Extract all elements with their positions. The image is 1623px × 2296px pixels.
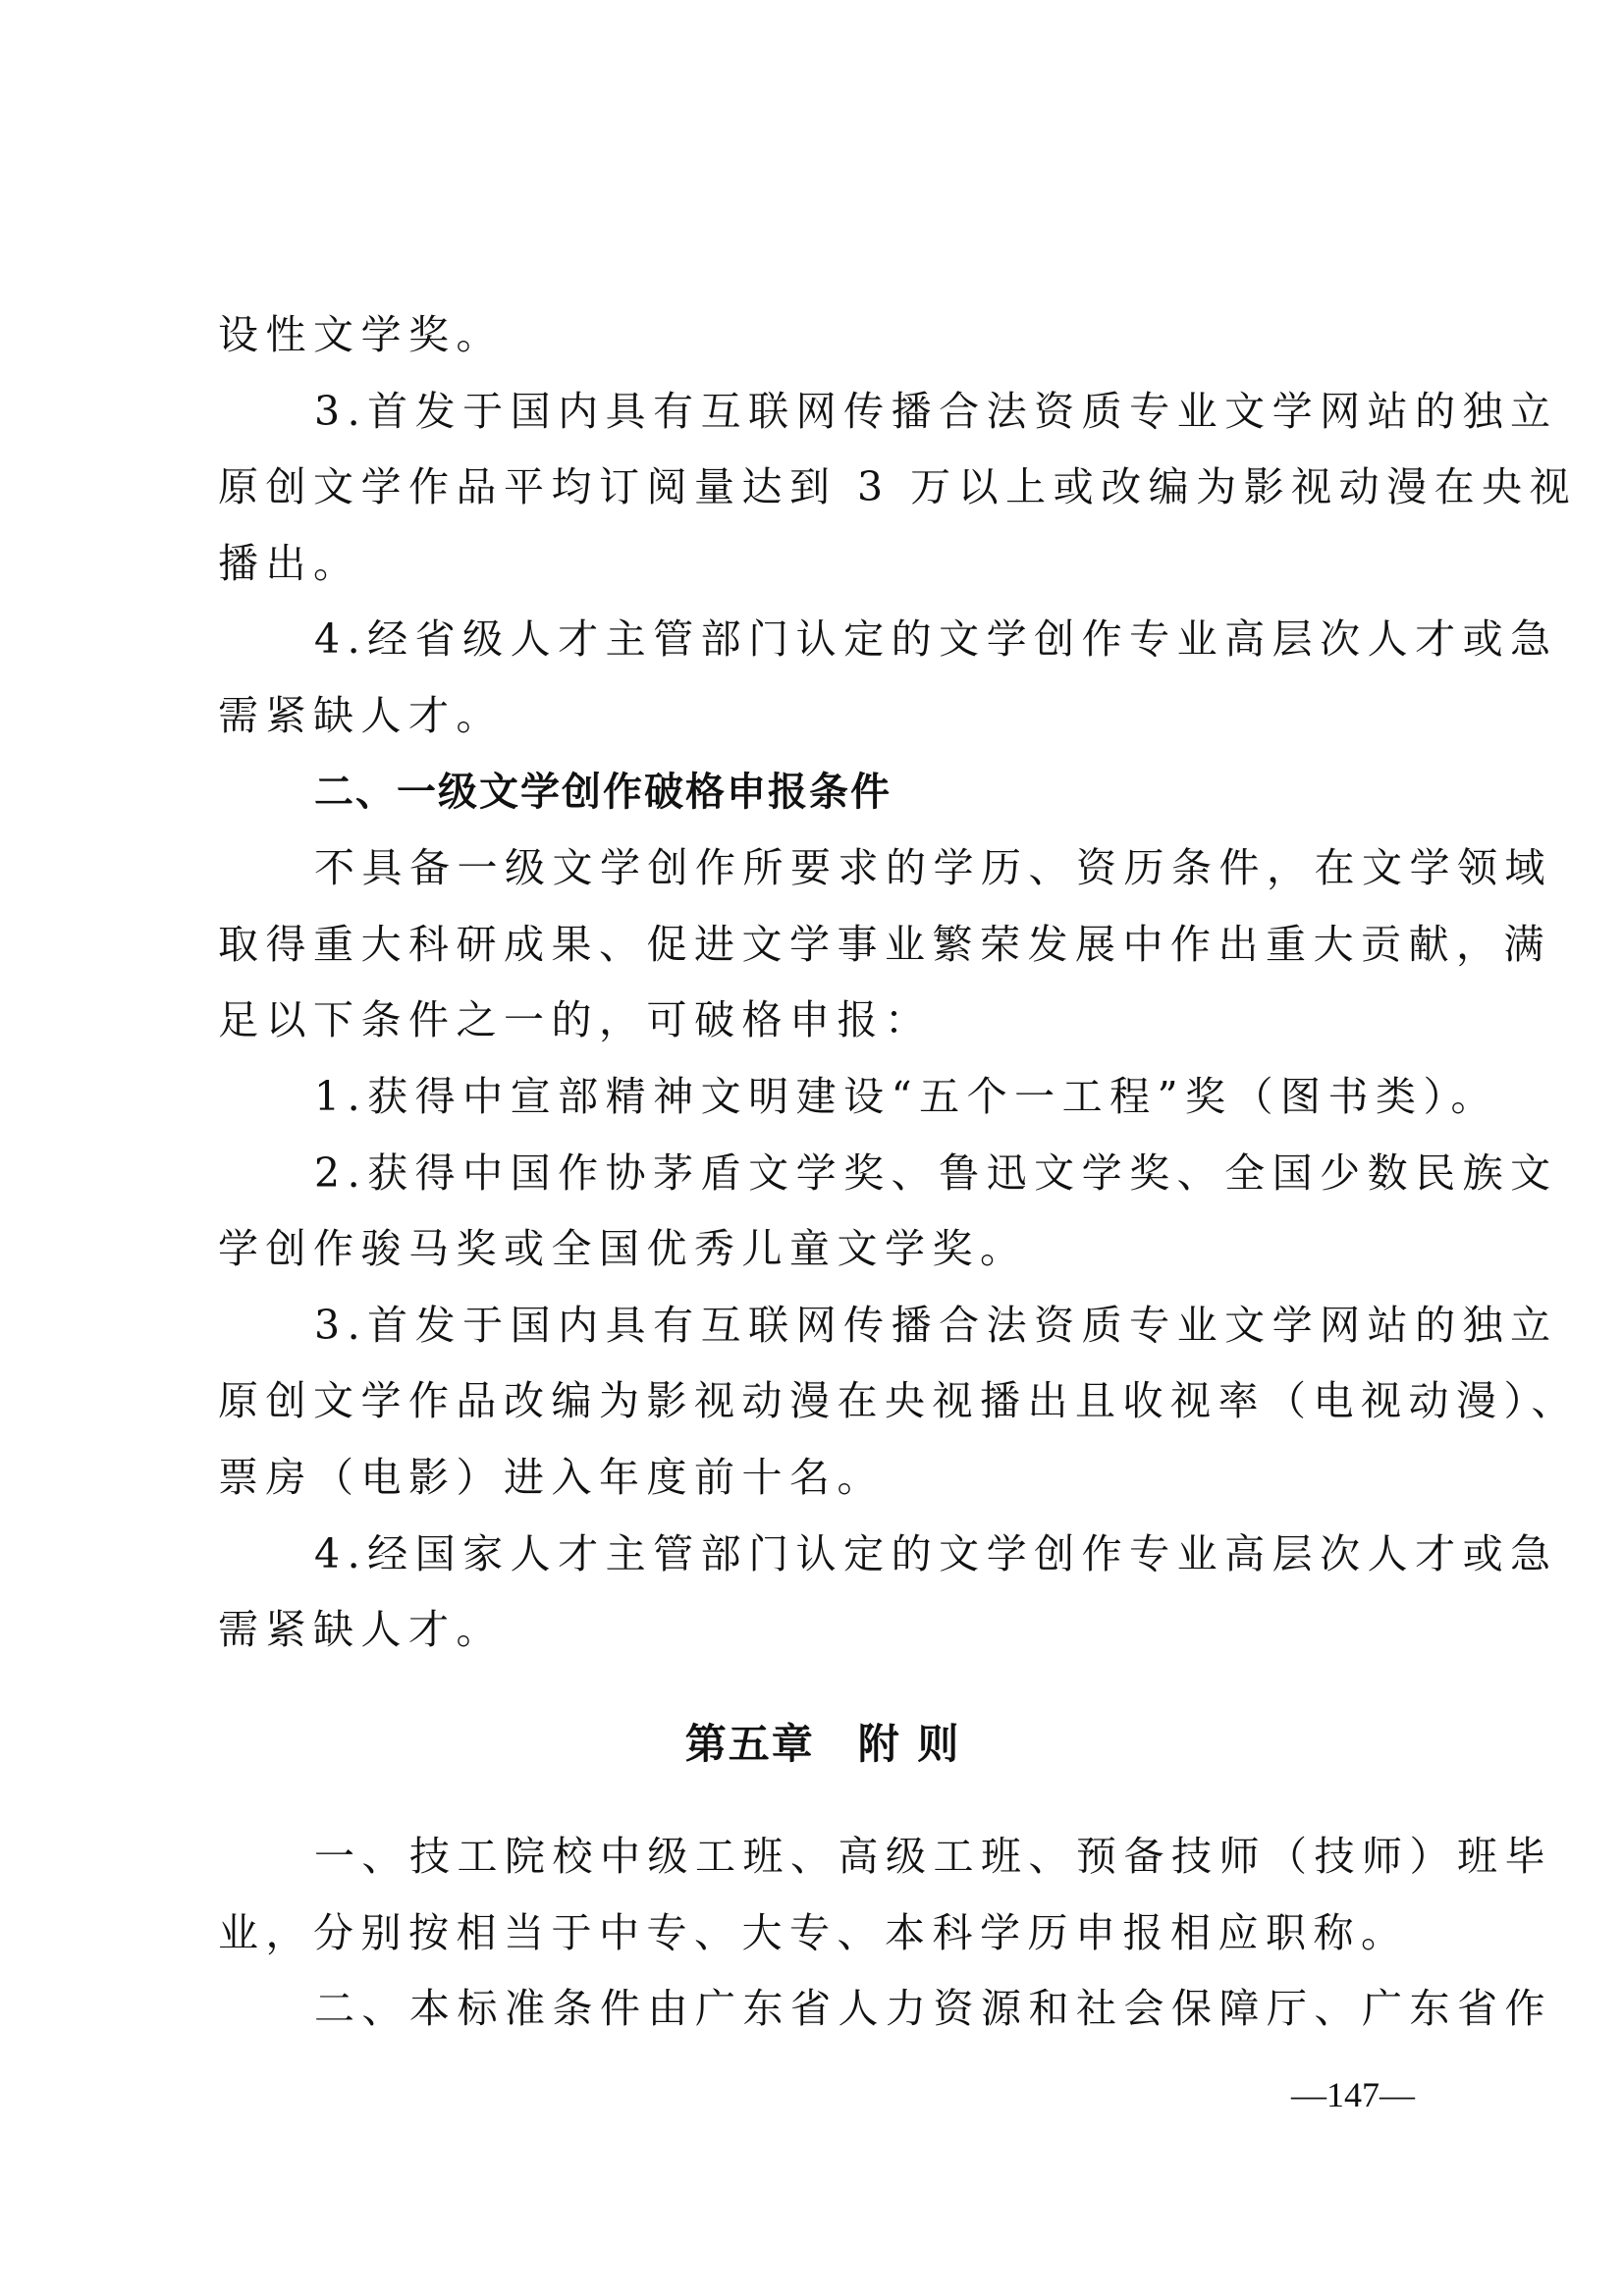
item-3-line-3: 播出。: [218, 526, 1428, 603]
exception-item-4-line-2: 需紧缺人才。: [218, 1592, 1428, 1669]
section-heading: 二、一级文学创作破格申报条件: [218, 755, 1428, 831]
document-page: 设性文学奖。 3.首发于国内具有互联网传播合法资质专业文学网站的独立 原创文学作…: [218, 297, 1428, 2048]
paragraph-continuation-line: 设性文学奖。: [218, 297, 1428, 374]
item-3-line-2: 原创文学作品平均订阅量达到 3 万以上或改编为影视动漫在央视: [218, 450, 1428, 526]
exception-item-3-line-2: 原创文学作品改编为影视动漫在央视播出且收视率（电视动漫）、: [218, 1363, 1428, 1440]
intro-line-3: 足以下条件之一的，可破格申报：: [218, 983, 1428, 1059]
provision-2-line-1: 二、本标准条件由广东省人力资源和社会保障厅、广东省作: [218, 1971, 1428, 2048]
item-4-line-2: 需紧缺人才。: [218, 678, 1428, 755]
item-4-line-1: 4.经省级人才主管部门认定的文学创作专业高层次人才或急: [218, 602, 1428, 678]
intro-line-2: 取得重大科研成果、促进文学事业繁荣发展中作出重大贡献，满: [218, 907, 1428, 984]
exception-item-3-line-1: 3.首发于国内具有互联网传播合法资质专业文学网站的独立: [218, 1288, 1428, 1364]
item-3-line-1: 3.首发于国内具有互联网传播合法资质专业文学网站的独立: [218, 374, 1428, 451]
provision-1-line-1: 一、技工院校中级工班、高级工班、预备技师（技师）班毕: [218, 1819, 1428, 1896]
exception-item-3-line-3: 票房（电影）进入年度前十名。: [218, 1440, 1428, 1517]
exception-item-2-line-1: 2.获得中国作协茅盾文学奖、鲁迅文学奖、全国少数民族文: [218, 1136, 1428, 1212]
exception-item-1-line-1: 1.获得中宣部精神文明建设“五个一工程”奖（图书类）。: [218, 1059, 1428, 1136]
page-number: —147—: [1291, 2074, 1415, 2115]
chapter-heading: 第五章 附 则: [218, 1706, 1428, 1783]
provision-1-line-2: 业，分别按相当于中专、大专、本科学历申报相应职称。: [218, 1896, 1428, 1972]
exception-item-2-line-2: 学创作骏马奖或全国优秀儿童文学奖。: [218, 1211, 1428, 1288]
intro-line-1: 不具备一级文学创作所要求的学历、资历条件，在文学领域: [218, 830, 1428, 907]
exception-item-4-line-1: 4.经国家人才主管部门认定的文学创作专业高层次人才或急: [218, 1517, 1428, 1593]
